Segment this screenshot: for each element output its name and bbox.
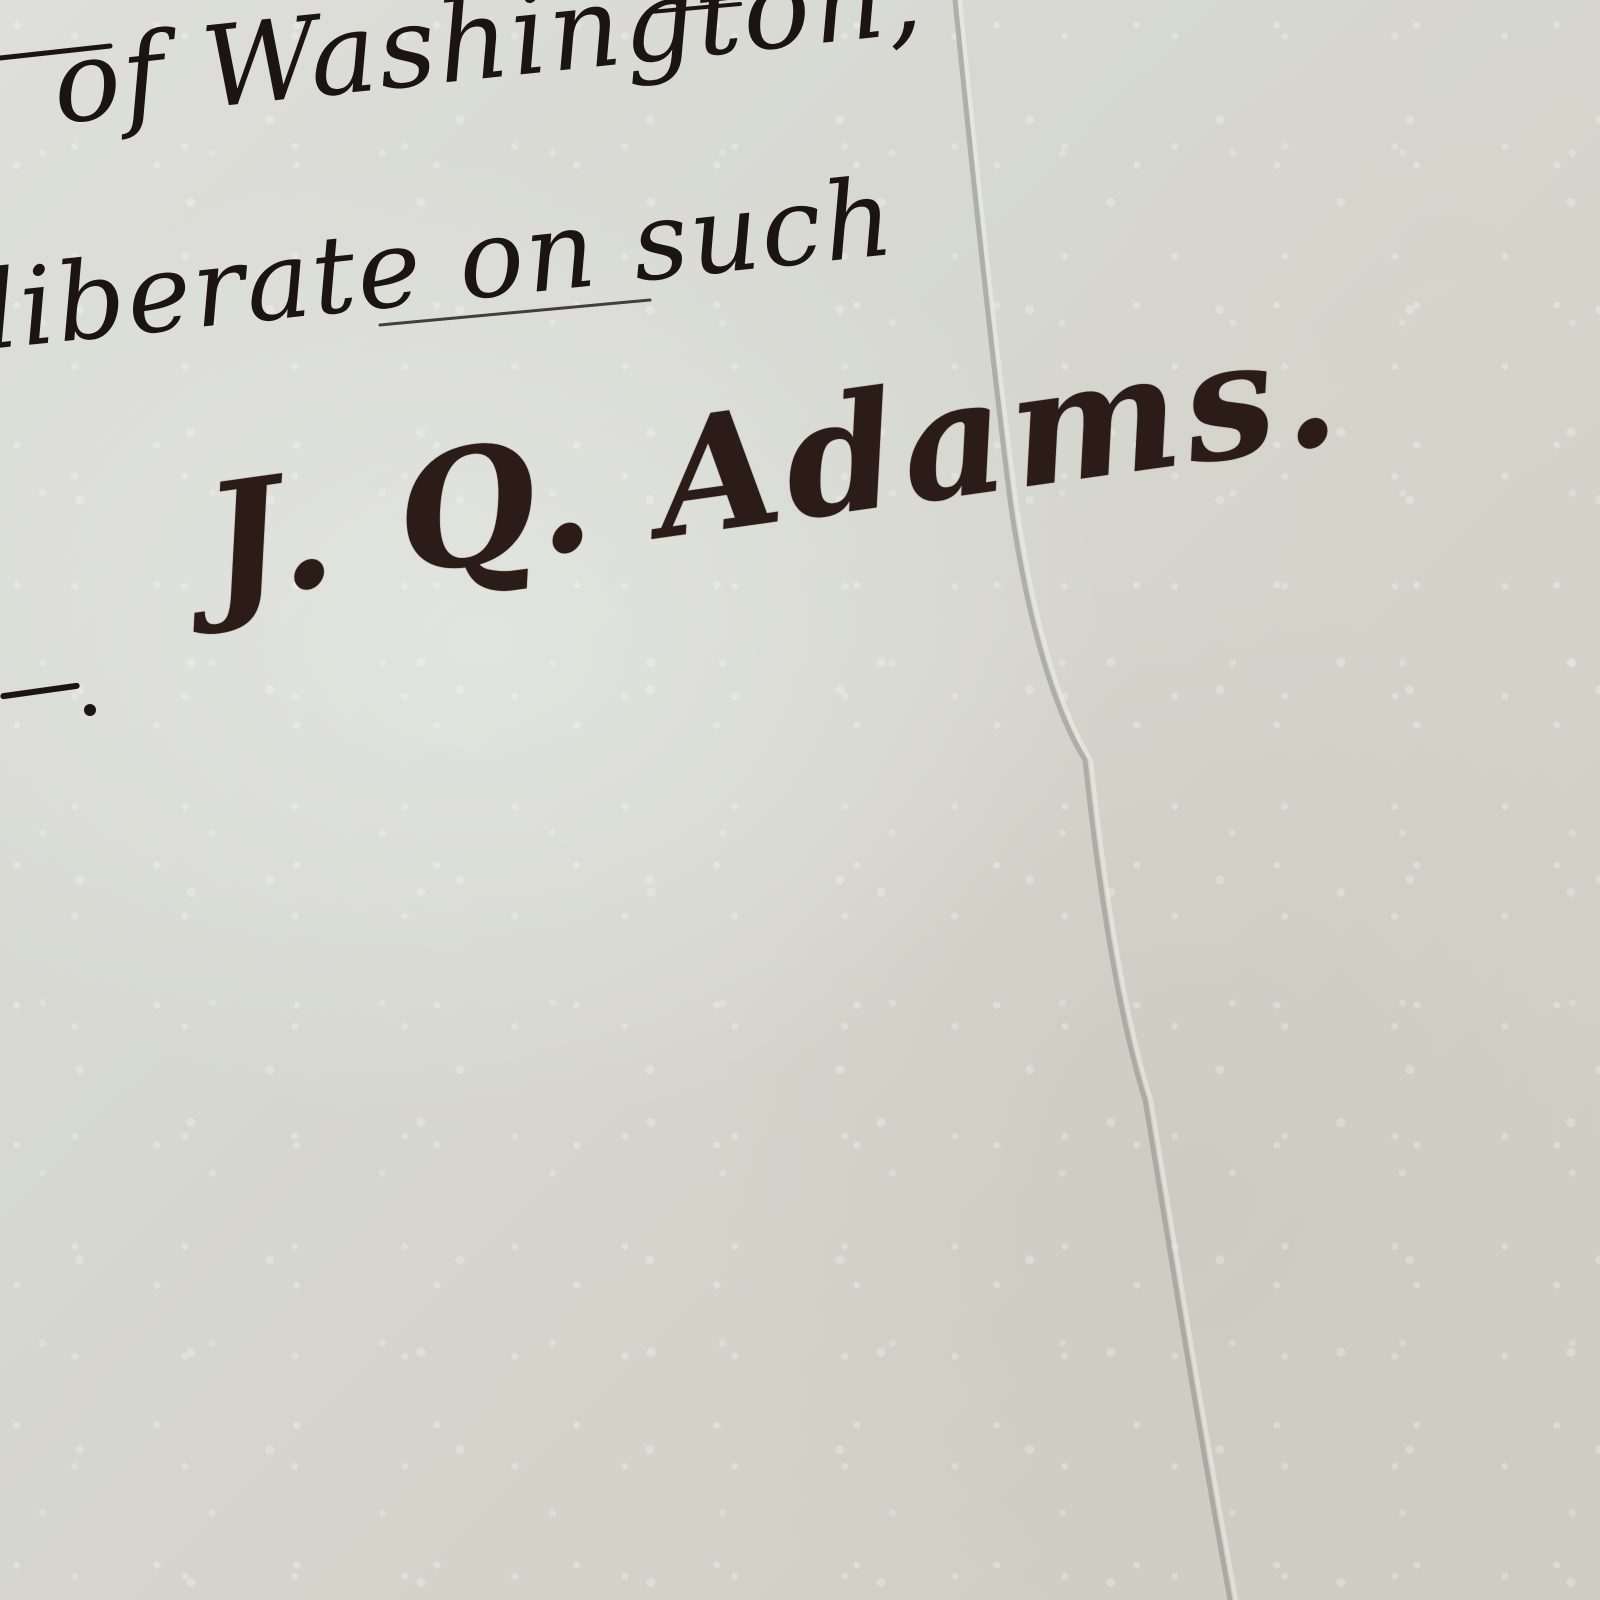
line-end-period — [84, 704, 96, 716]
